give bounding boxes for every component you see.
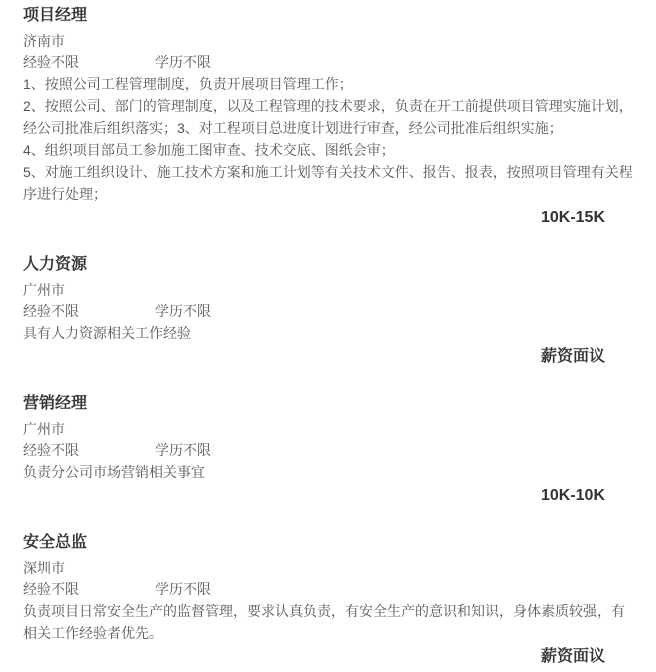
- job-card[interactable]: 人力资源 广州市 经验不限学历不限 具有人力资源相关工作经验 薪资面议: [23, 254, 633, 367]
- job-meta: 经验不限学历不限: [23, 440, 633, 461]
- job-salary: 10K-15K: [23, 208, 633, 228]
- job-title: 人力资源: [23, 254, 633, 276]
- job-experience: 经验不限: [23, 52, 155, 73]
- job-title: 项目经理: [23, 5, 633, 27]
- job-card[interactable]: 营销经理 广州市 经验不限学历不限 负责分公司市场营销相关事宜 10K-10K: [23, 393, 633, 506]
- job-city: 广州市: [23, 280, 633, 301]
- job-experience: 经验不限: [23, 579, 155, 600]
- job-experience: 经验不限: [23, 440, 155, 461]
- job-education: 学历不限: [155, 581, 211, 597]
- job-card[interactable]: 项目经理 济南市 经验不限学历不限 1、按照公司工程管理制度，负责开展项目管理工…: [23, 5, 633, 228]
- job-card[interactable]: 安全总监 深圳市 经验不限学历不限 负责项目日常安全生产的监督管理，要求认真负责…: [23, 532, 633, 667]
- job-meta: 经验不限学历不限: [23, 52, 633, 73]
- job-salary: 10K-10K: [23, 486, 633, 506]
- job-salary: 薪资面议: [23, 647, 633, 667]
- job-salary: 薪资面议: [23, 347, 633, 367]
- job-description: 负责分公司市场营销相关事宜: [23, 461, 633, 483]
- job-title: 营销经理: [23, 393, 633, 415]
- job-meta: 经验不限学历不限: [23, 579, 633, 600]
- job-description: 负责项目日常安全生产的监督管理，要求认真负责，有安全生产的意识和知识，身体素质较…: [23, 600, 633, 644]
- job-city: 深圳市: [23, 558, 633, 579]
- job-meta: 经验不限学历不限: [23, 301, 633, 322]
- job-experience: 经验不限: [23, 301, 155, 322]
- job-listing-page: 项目经理 济南市 经验不限学历不限 1、按照公司工程管理制度，负责开展项目管理工…: [0, 0, 656, 672]
- job-education: 学历不限: [155, 442, 211, 458]
- job-description: 具有人力资源相关工作经验: [23, 322, 633, 344]
- job-title: 安全总监: [23, 532, 633, 554]
- job-description: 1、按照公司工程管理制度，负责开展项目管理工作； 2、按照公司、部门的管理制度，…: [23, 73, 633, 205]
- job-education: 学历不限: [155, 303, 211, 319]
- job-education: 学历不限: [155, 54, 211, 70]
- job-city: 济南市: [23, 31, 633, 52]
- job-city: 广州市: [23, 419, 633, 440]
